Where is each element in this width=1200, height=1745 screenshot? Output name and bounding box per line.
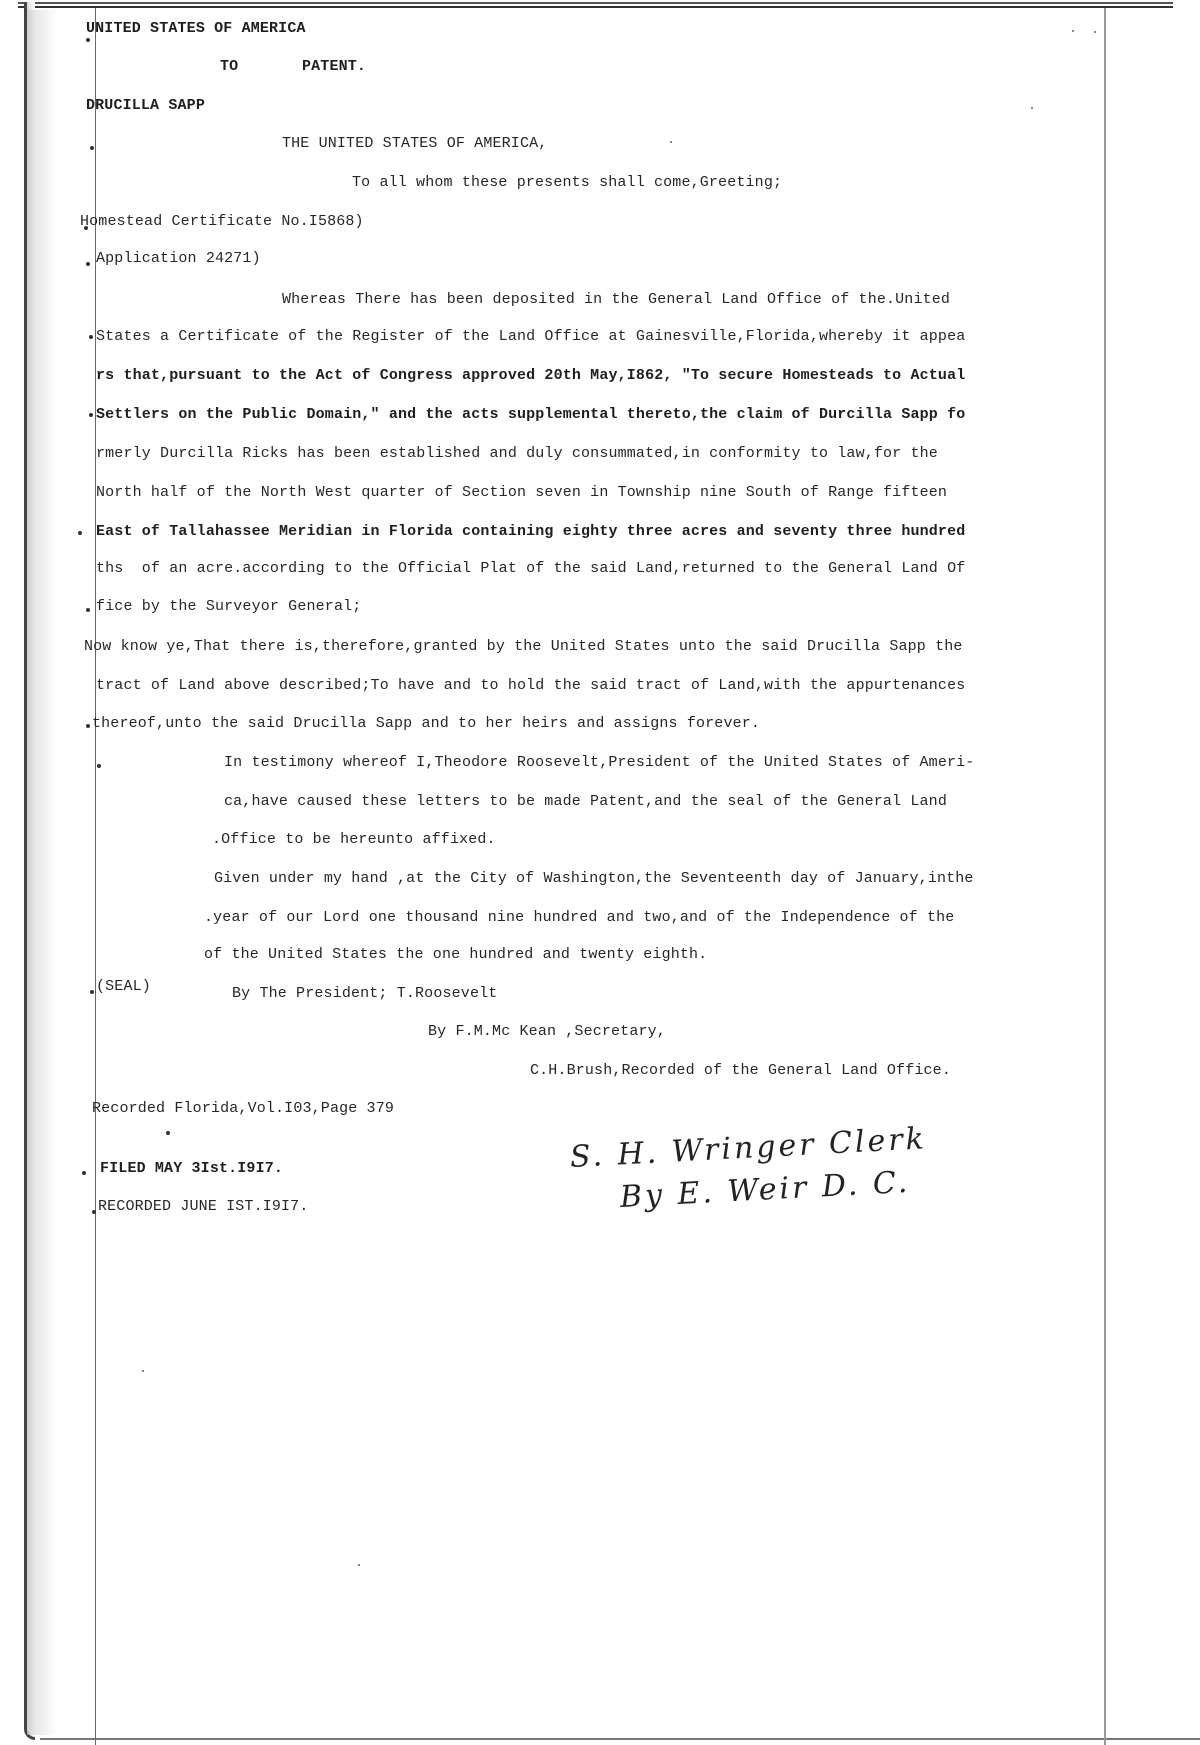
application-number: Application 24271) bbox=[96, 250, 261, 268]
margin-dot bbox=[97, 764, 101, 768]
by-president: By The President; T.Roosevelt bbox=[232, 985, 497, 1003]
right-margin-rule bbox=[1104, 8, 1106, 1745]
header-to: TO bbox=[220, 58, 238, 76]
left-margin-rule bbox=[95, 8, 96, 1745]
body-line: East of Tallahassee Meridian in Florida … bbox=[96, 523, 965, 541]
given-line: of the United States the one hundred and… bbox=[204, 946, 707, 964]
scan-speck bbox=[1094, 31, 1096, 33]
testimony-line: ca,have caused these letters to be made … bbox=[224, 793, 947, 811]
scan-speck bbox=[1072, 30, 1074, 32]
grant-line: tract of Land above described;To have an… bbox=[96, 677, 965, 695]
body-line: rmerly Durcilla Ricks has been establish… bbox=[96, 445, 938, 463]
body-line: North half of the North West quarter of … bbox=[96, 484, 947, 502]
margin-dot bbox=[166, 1131, 170, 1135]
header-patent: PATENT. bbox=[302, 58, 366, 76]
top-border-rule-inner bbox=[18, 6, 1173, 8]
given-line: Given under my hand ,at the City of Wash… bbox=[214, 870, 974, 888]
document-title: THE UNITED STATES OF AMERICA, bbox=[282, 135, 547, 153]
margin-dot bbox=[86, 724, 90, 728]
margin-dot bbox=[86, 38, 90, 42]
scan-speck bbox=[358, 1564, 360, 1566]
testimony-line: .Office to be hereunto affixed. bbox=[212, 831, 496, 849]
margin-dot bbox=[82, 1171, 86, 1175]
margin-dot bbox=[89, 335, 93, 339]
body-line: ths of an acre.according to the Official… bbox=[96, 560, 965, 578]
grantee-name: DRUCILLA SAPP bbox=[86, 97, 205, 115]
handwritten-deputy-signature: By E. Weir D. C. bbox=[619, 1165, 911, 1215]
filed-date: FILED MAY 3Ist.I9I7. bbox=[100, 1160, 283, 1178]
salutation: To all whom these presents shall come,Gr… bbox=[352, 174, 782, 192]
margin-dot bbox=[86, 608, 90, 612]
scan-speck bbox=[1031, 107, 1033, 109]
header-line: UNITED STATES OF AMERICA bbox=[86, 20, 306, 38]
seal-label: (SEAL) bbox=[96, 978, 151, 996]
recorded-date: RECORDED JUNE IST.I9I7. bbox=[98, 1198, 308, 1216]
bottom-border-rule bbox=[40, 1738, 1200, 1740]
grant-line: thereof,unto the said Drucilla Sapp and … bbox=[92, 715, 760, 733]
testimony-line: In testimony whereof I,Theodore Roosevel… bbox=[224, 754, 974, 772]
recorded-reference: Recorded Florida,Vol.I03,Page 379 bbox=[92, 1100, 394, 1118]
margin-dot bbox=[84, 226, 88, 230]
certificate-number: Homestead Certificate No.I5868) bbox=[80, 213, 364, 231]
body-line: fice by the Surveyor General; bbox=[96, 598, 361, 616]
by-secretary: By F.M.Mc Kean ,Secretary, bbox=[428, 1023, 666, 1041]
scan-speck bbox=[670, 141, 672, 143]
margin-dot bbox=[78, 531, 82, 535]
margin-dot bbox=[86, 262, 90, 266]
margin-dot bbox=[90, 146, 94, 150]
margin-dot bbox=[92, 1210, 96, 1214]
recorder-line: C.H.Brush,Recorded of the General Land O… bbox=[530, 1062, 951, 1080]
body-line: Settlers on the Public Domain," and the … bbox=[96, 406, 965, 424]
grant-line: Now know ye,That there is,therefore,gran… bbox=[84, 638, 963, 656]
scan-speck bbox=[142, 1370, 144, 1372]
body-line: States a Certificate of the Register of … bbox=[96, 328, 965, 346]
body-line: rs that,pursuant to the Act of Congress … bbox=[96, 367, 965, 385]
margin-dot bbox=[89, 413, 93, 417]
page-edge-shadow bbox=[27, 10, 57, 1735]
top-border-rule bbox=[18, 2, 1173, 4]
body-line: Whereas There has been deposited in the … bbox=[282, 291, 950, 309]
given-line: .year of our Lord one thousand nine hund… bbox=[204, 909, 954, 927]
document-page: UNITED STATES OF AMERICA TO PATENT. DRUC… bbox=[0, 0, 1200, 1745]
margin-dot bbox=[90, 990, 94, 994]
